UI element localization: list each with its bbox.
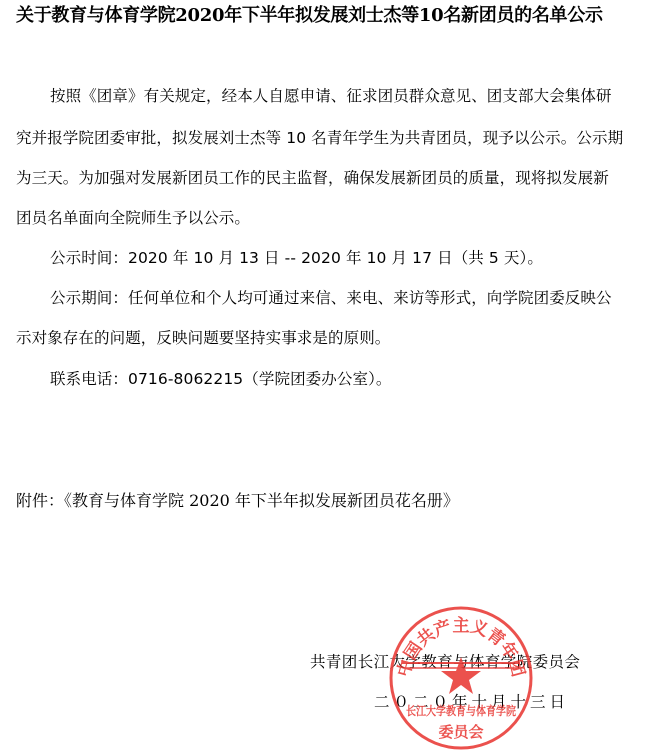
notice-title: 关于教育与体育学院2020年下半年拟发展刘士杰等10名新团员的名单公示 <box>16 4 646 28</box>
body-line-2: 究并报学院团委审批，拟发展刘士杰等 10 名青年学生为共青团员，现予以公示。公示… <box>16 128 636 148</box>
official-seal-stamp: 中国共产主义青年团 长江大学教育与体育学院 委员会 <box>388 605 534 751</box>
stamp-bottom-text: 委员会 <box>438 723 483 741</box>
stamp-inner-text: 长江大学教育与体育学院 <box>406 703 517 718</box>
body-line-1: 按照《团章》有关规定，经本人自愿申请、征求团员群众意见、团支部大会集体研 <box>50 86 650 106</box>
publicity-period-line-2: 示对象存在的问题，反映问题要坚持实事求是的原则。 <box>16 328 636 348</box>
publicity-period-line-1: 公示期间：任何单位和个人均可通过来信、来电、来访等形式，向学院团委反映公 <box>50 288 650 308</box>
body-line-3: 为三天。为加强对发展新团员工作的民主监督，确保发展新团员的质量，现将拟发展新 <box>16 168 636 188</box>
body-line-4: 团员名单面向全院师生予以公示。 <box>16 208 636 228</box>
contact-phone: 联系电话：0716-8062215（学院团委办公室）。 <box>50 369 650 389</box>
attachment-line: 附件：《教育与体育学院 2020 年下半年拟发展新团员花名册》 <box>16 490 459 512</box>
publicity-time: 公示时间：2020 年 10 月 13 日 -- 2020 年 10 月 17 … <box>50 248 650 268</box>
